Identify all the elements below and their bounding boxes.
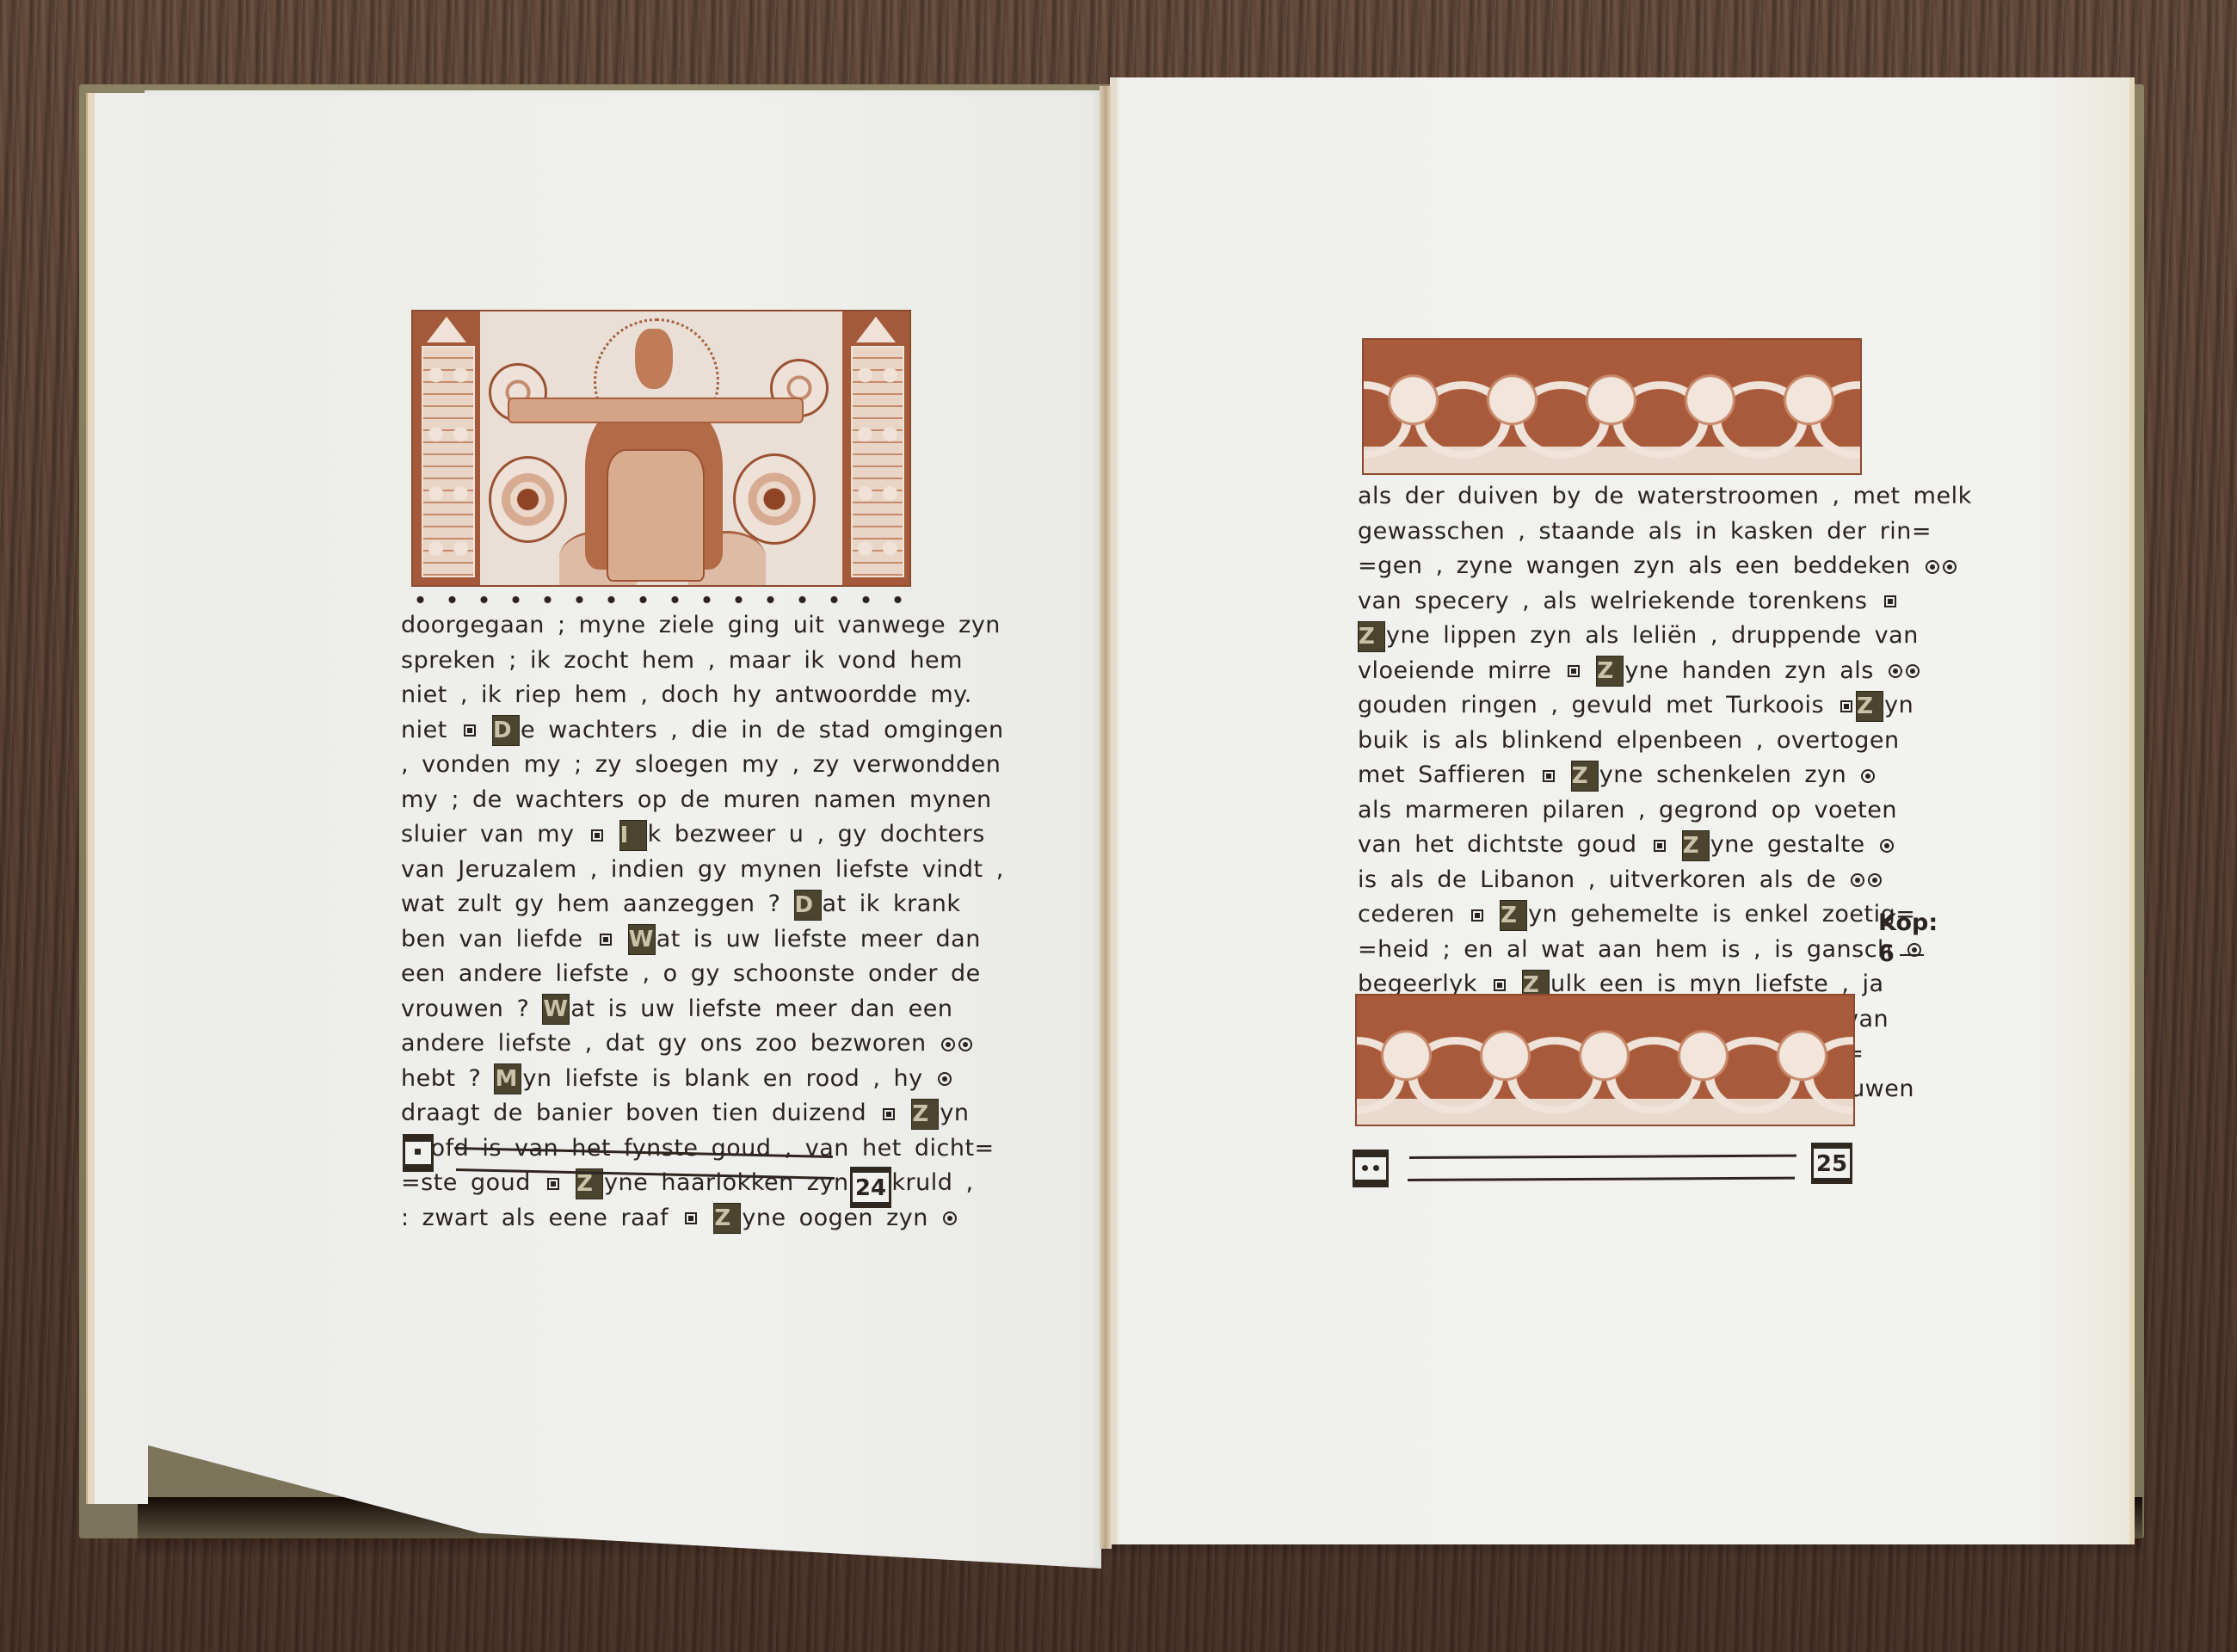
left-rosette-disc xyxy=(489,456,567,543)
left-tower xyxy=(413,311,480,585)
text-line: vloeiende mirre Zyne handen zyn als xyxy=(1358,654,1858,689)
text-run: van specery , als welriekende torenkens xyxy=(1358,588,1881,614)
page-number-right: 25 xyxy=(1811,1143,1852,1184)
box-dot xyxy=(1362,1165,1368,1171)
drop-initial-z: Z xyxy=(1571,761,1599,792)
figure-robe xyxy=(607,449,705,582)
text-line: wat zult gy hem aanzeggen ? Dat ik krank xyxy=(401,887,910,922)
text-line: hebt ? Myn liefste is blank en rood , hy xyxy=(401,1062,910,1097)
square-separator-icon xyxy=(1840,700,1852,712)
chapter-label: Kop: xyxy=(1878,908,1938,939)
ring-filler-icon xyxy=(941,1038,955,1051)
square-separator-icon xyxy=(464,724,476,737)
text-run: buik is als blinkend elpenbeen , overtog… xyxy=(1358,727,1900,754)
text-line: gewasschen , staande als in kasken der r… xyxy=(1358,515,1858,550)
ring-filler-icon xyxy=(1943,560,1957,574)
drop-initial-m: M xyxy=(494,1063,521,1094)
left-page-illustration xyxy=(411,310,911,587)
text-run: als marmeren pilaren , gegrond op voeten xyxy=(1358,797,1897,823)
ring-filler-icon xyxy=(938,1072,952,1086)
text-line: van Jeruzalem , indien gy mynen liefste … xyxy=(401,853,910,888)
text-line: : zwart als eene raaf Zyne oogen zyn xyxy=(401,1201,910,1236)
text-run: is als de Libanon , uitverkoren als de xyxy=(1358,866,1849,893)
text-line: met Saffieren Zyne schenkelen zyn xyxy=(1358,758,1858,793)
text-run: , vonden my ; zy sloegen my , zy verwond… xyxy=(401,751,1001,778)
text-run: wat zult gy hem aanzeggen ? xyxy=(401,891,794,917)
text-line: spreken ; ik zocht hem , maar ik vond he… xyxy=(401,644,910,679)
drop-initial-d: D xyxy=(492,715,520,746)
page-number-left: 24 xyxy=(850,1167,891,1208)
text-line: niet , ik riep hem , doch hy antwoordde … xyxy=(401,678,910,713)
text-run: =gen , zyne wangen zyn als een beddeken xyxy=(1358,552,1924,579)
ring-filler-icon xyxy=(1906,664,1920,678)
text-run: vloeiende mirre xyxy=(1358,657,1564,684)
text-run: met Saffieren xyxy=(1358,761,1539,788)
text-line: cederen Zyn gehemelte is enkel zoetig= xyxy=(1358,897,1858,933)
text-line: sluier van my Ik bezweer u , gy dochters xyxy=(401,817,910,853)
text-line: doorgegaan ; myne ziele ging uit vanwege… xyxy=(401,608,910,644)
text-run: niet , ik riep hem , doch hy antwoordde … xyxy=(401,681,972,708)
box-dot xyxy=(415,1149,421,1155)
left-page-underlying-leaf xyxy=(86,93,148,1504)
square-separator-icon xyxy=(1654,840,1666,852)
text-run: van het dichtste goud xyxy=(1358,831,1650,858)
drop-initial-z: Z xyxy=(1500,900,1527,931)
text-run: : zwart als eene raaf xyxy=(401,1205,681,1231)
text-line: buik is als blinkend elpenbeen , overtog… xyxy=(1358,724,1858,759)
text-line: niet De wachters , die in de stad omging… xyxy=(401,713,910,749)
text-run: yn xyxy=(940,1100,969,1126)
bottom-floral-frieze xyxy=(1355,994,1855,1126)
text-run: gewasschen , staande als in kasken der r… xyxy=(1358,518,1932,545)
text-run: yne oogen zyn xyxy=(742,1205,941,1231)
text-run: vrouwen ? xyxy=(401,996,542,1022)
text-run: yn xyxy=(1884,692,1913,718)
square-separator-icon xyxy=(685,1212,697,1224)
text-run xyxy=(1487,901,1500,928)
chapter-number: 6 xyxy=(1878,940,1895,967)
top-floral-frieze xyxy=(1362,338,1862,475)
right-tower xyxy=(842,311,909,585)
ring-filler-icon xyxy=(1889,664,1902,678)
square-separator-icon xyxy=(1471,909,1483,922)
text-run: als der duiven by de waterstroomen , met… xyxy=(1358,483,1972,509)
text-run xyxy=(615,926,628,952)
text-run xyxy=(1583,657,1596,684)
text-line: my ; de wachters op de muren namen mynen xyxy=(401,783,910,818)
text-run: van Jeruzalem , indien gy mynen liefste … xyxy=(401,856,1004,883)
text-line: als der duiven by de waterstroomen , met… xyxy=(1358,479,1858,515)
figure-arms xyxy=(508,398,804,423)
text-run: yn gehemelte is enkel zoetig= xyxy=(1528,901,1915,928)
text-run: ben van liefde xyxy=(401,926,596,952)
text-run: at ik krank xyxy=(823,891,961,917)
square-separator-icon xyxy=(1494,979,1506,991)
ring-filler-icon xyxy=(958,1038,972,1051)
square-separator-icon xyxy=(591,829,603,841)
text-run: yne gestalte xyxy=(1710,831,1878,858)
square-separator-icon xyxy=(1884,595,1896,607)
text-run xyxy=(700,1205,713,1231)
chapter-margin-note: Kop: 6 xyxy=(1878,908,1938,970)
text-run: yne lippen zyn als leliën , druppende va… xyxy=(1386,622,1919,649)
text-run: een andere liefste , o gy schoonste onde… xyxy=(401,960,981,987)
text-line: vrouwen ? Wat is uw liefste meer dan een xyxy=(401,992,910,1027)
drop-initial-z: Z xyxy=(1596,656,1624,687)
square-separator-icon xyxy=(547,1178,559,1190)
text-line: is als de Libanon , uitverkoren als de xyxy=(1358,863,1858,898)
right-rosette-disc xyxy=(733,453,816,545)
text-line: andere liefste , dat gy ons zoo bezworen xyxy=(401,1026,910,1062)
text-line: ben van liefde Wat is uw liefste meer da… xyxy=(401,922,910,958)
text-run xyxy=(1558,761,1571,788)
ring-filler-icon xyxy=(1861,769,1875,783)
text-run: e wachters , die in de stad omgingen xyxy=(521,717,1004,743)
square-separator-icon xyxy=(1543,770,1555,782)
text-run: k bezweer u , gy dochters xyxy=(648,821,985,848)
text-run: at is uw liefste meer dan een xyxy=(570,996,952,1022)
text-run: doorgegaan ; myne ziele ging uit vanwege… xyxy=(401,612,1001,638)
text-line: van het dichtste goud Zyne gestalte xyxy=(1358,828,1858,863)
text-run: spreken ; ik zocht hem , maar ik vond he… xyxy=(401,647,963,674)
drop-initial-z: Z xyxy=(1682,830,1710,861)
ring-filler-icon xyxy=(943,1211,957,1225)
text-run xyxy=(607,821,619,848)
square-separator-icon xyxy=(600,934,612,946)
text-run xyxy=(1669,831,1682,858)
text-run xyxy=(898,1100,911,1126)
left-page-text: doorgegaan ; myne ziele ging uit vanwege… xyxy=(401,608,910,1236)
text-run: draagt de banier boven tien duizend xyxy=(401,1100,879,1126)
text-run: yne handen zyn als xyxy=(1624,657,1887,684)
text-run: hebt ? xyxy=(401,1065,494,1092)
drop-initial-w: W xyxy=(628,924,656,955)
book-gutter xyxy=(1100,86,1112,1549)
text-line: van specery , als welriekende torenkens xyxy=(1358,584,1858,619)
square-separator-icon xyxy=(1568,665,1580,677)
text-line: =heid ; en al wat aan hem is , is gansch xyxy=(1358,933,1858,968)
text-run: my ; de wachters op de muren namen mynen xyxy=(401,786,992,813)
dot-divider xyxy=(404,595,908,604)
text-run: cederen xyxy=(1358,901,1468,928)
text-line: een andere liefste , o gy schoonste onde… xyxy=(401,957,910,992)
ring-filler-icon xyxy=(1926,560,1939,574)
text-run: =ste goud xyxy=(401,1169,544,1196)
square-separator-icon xyxy=(883,1108,895,1120)
footer-ornament-box-right xyxy=(1353,1150,1389,1187)
footer-ornament-box-left xyxy=(403,1134,434,1172)
text-run: =heid ; en al wat aan hem is , is gansch xyxy=(1358,936,1906,963)
text-line: als marmeren pilaren , gegrond op voeten xyxy=(1358,793,1858,829)
figure-head xyxy=(635,329,673,389)
text-run: yne schenkelen zyn xyxy=(1599,761,1859,788)
text-line: Zyne lippen zyn als leliën , druppende v… xyxy=(1358,619,1858,654)
text-run: gouden ringen , gevuld met Turkoois xyxy=(1358,692,1837,718)
text-run: yn liefste is blank en rood , hy xyxy=(522,1065,935,1092)
drop-initial-i: I xyxy=(619,820,647,851)
text-run: sluier van my xyxy=(401,821,588,848)
chapter-underline xyxy=(1900,954,1924,956)
text-run: at is uw liefste meer dan xyxy=(656,926,981,952)
ring-filler-icon xyxy=(1880,839,1894,853)
text-run: andere liefste , dat gy ons zoo bezworen xyxy=(401,1030,940,1057)
drop-initial-w: W xyxy=(542,994,570,1025)
drop-initial-d: D xyxy=(794,890,822,921)
text-line: gouden ringen , gevuld met Turkoois Zyn xyxy=(1358,688,1858,724)
text-line: =gen , zyne wangen zyn als een beddeken xyxy=(1358,549,1858,584)
drop-initial-z: Z xyxy=(911,1099,939,1130)
drop-initial-z: Z xyxy=(1358,621,1385,652)
drop-initial-z: Z xyxy=(1856,691,1883,722)
text-line: , vonden my ; zy sloegen my , zy verwond… xyxy=(401,748,910,783)
text-run: niet xyxy=(401,717,460,743)
text-line: draagt de banier boven tien duizend Zyn xyxy=(401,1096,910,1131)
text-run xyxy=(479,717,492,743)
box-dot xyxy=(1373,1165,1379,1171)
drop-initial-z: Z xyxy=(713,1203,741,1234)
